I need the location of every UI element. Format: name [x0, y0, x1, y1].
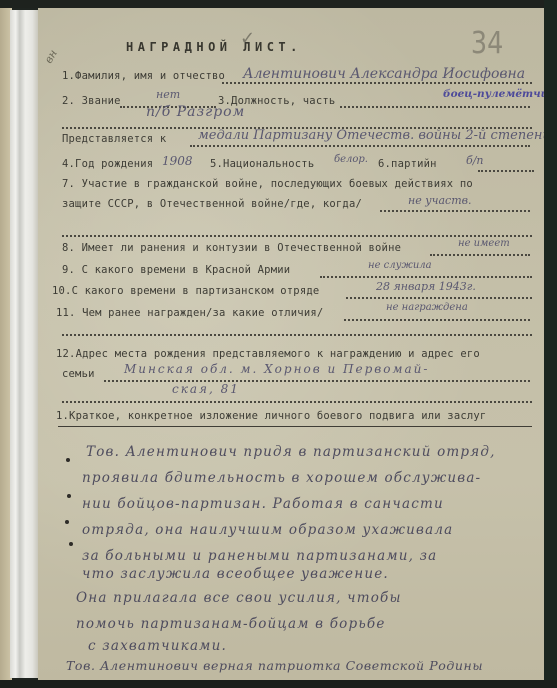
field-7-label-line2: защите СССР, в Отечественной войне/где, … — [62, 198, 362, 210]
dotted-line — [344, 319, 530, 321]
field-9-value: не служила — [368, 260, 432, 271]
field-6-label: 6.партийн — [378, 158, 437, 170]
punch-mark — [69, 542, 73, 546]
field-12-label-line1: 12.Адрес места рождения представляемого … — [56, 348, 480, 360]
page-number: 34 — [471, 26, 503, 61]
field-11-label: 11. Чем ранее награжден/за какие отличия… — [56, 307, 323, 319]
binder-strip — [10, 10, 39, 678]
dotted-line — [346, 297, 532, 299]
field-7-value: не участв. — [408, 194, 472, 207]
field-10-value: 28 января 1943г. — [376, 280, 476, 293]
dotted-line — [380, 210, 530, 212]
field-9-label: 9. С какого времени в Красной Армии — [62, 264, 290, 276]
field-2-value: нет — [156, 88, 180, 101]
field-11-value: не награждена — [386, 302, 468, 313]
section-1-label: 1.Краткое, конкретное изложение личного … — [56, 410, 486, 422]
dotted-line — [62, 235, 532, 237]
narrative-line: помочь партизанам-бойцам в борьбе — [76, 616, 386, 632]
represented-label: Представляется к — [62, 133, 166, 145]
punch-mark — [66, 458, 70, 462]
dotted-line — [222, 82, 532, 84]
field-6-value: б/п — [466, 154, 484, 167]
field-3-value: боец-пулемётчик Разгром — [443, 88, 557, 100]
field-8-label: 8. Имеет ли ранения и контузии в Отечест… — [62, 242, 401, 254]
narrative-line: проявила бдительность в хорошем обслужив… — [82, 470, 481, 486]
scan-frame-right — [544, 0, 557, 688]
field-5-label: 5.Национальность — [210, 158, 314, 170]
narrative-line: Она прилагала все свои усилия, чтобы — [76, 590, 402, 606]
field-8-value: не имеет — [458, 238, 510, 249]
horizontal-rule — [58, 426, 532, 427]
document-title: НАГРАДНОЙ ЛИСТ. — [126, 40, 302, 54]
field-12-value-continued: ская, 81 — [172, 382, 240, 396]
check-mark-icon: ✓ — [240, 28, 255, 49]
field-1-value: Алентинович Александра Иосифовна — [243, 66, 525, 82]
scan-frame-bottom — [0, 680, 557, 688]
field-12-value: Минская обл. м. Хорнов и Первомай- — [124, 362, 429, 376]
scan-frame-top — [0, 0, 557, 8]
dotted-line — [190, 145, 530, 147]
punch-mark — [65, 520, 69, 524]
narrative-line: Тов. Алентинович верная патриотка Советс… — [66, 658, 483, 673]
field-10-label: 10.С какого времени в партизанском отряд… — [52, 285, 319, 297]
margin-note: вн — [42, 47, 60, 65]
narrative-line: отряда, она наилучшим образом ухаживала — [82, 522, 453, 538]
dotted-line — [62, 401, 532, 403]
dotted-line — [62, 334, 532, 336]
field-5-value: белор. — [334, 154, 368, 165]
field-4-label: 4.Год рождения — [62, 158, 153, 170]
dotted-line — [478, 170, 534, 172]
field-2-label: 2. Звание — [62, 95, 121, 107]
narrative-line: что заслужила всеобщее уважение. — [82, 566, 389, 582]
narrative-line: за больными и ранеными партизанами, за — [82, 548, 437, 564]
dotted-line — [104, 380, 530, 382]
field-1-label: 1.Фамилия, имя и отчество — [62, 70, 225, 82]
field-7-label-line1: 7. Участие в гражданской войне, последую… — [62, 178, 473, 190]
dotted-line — [430, 254, 530, 256]
represented-value: медали Партизану Отечеств. войны 2-й сте… — [198, 128, 551, 143]
punch-mark — [67, 494, 71, 498]
narrative-line: Тов. Алентинович придя в партизанский от… — [86, 444, 496, 460]
dotted-line — [320, 276, 532, 278]
dotted-line — [340, 106, 530, 108]
field-3-value-continued: п/б Разгром — [146, 104, 245, 120]
award-sheet-page: вн НАГРАДНОЙ ЛИСТ. ✓ 34 1.Фамилия, имя и… — [38, 8, 544, 680]
field-4-value: 1908 — [162, 154, 193, 168]
narrative-line: с захватчиками. — [88, 638, 227, 654]
field-12-label-line2: семьи — [62, 368, 95, 380]
narrative-line: нии бойцов-партизан. Работая в санчасти — [82, 496, 444, 512]
